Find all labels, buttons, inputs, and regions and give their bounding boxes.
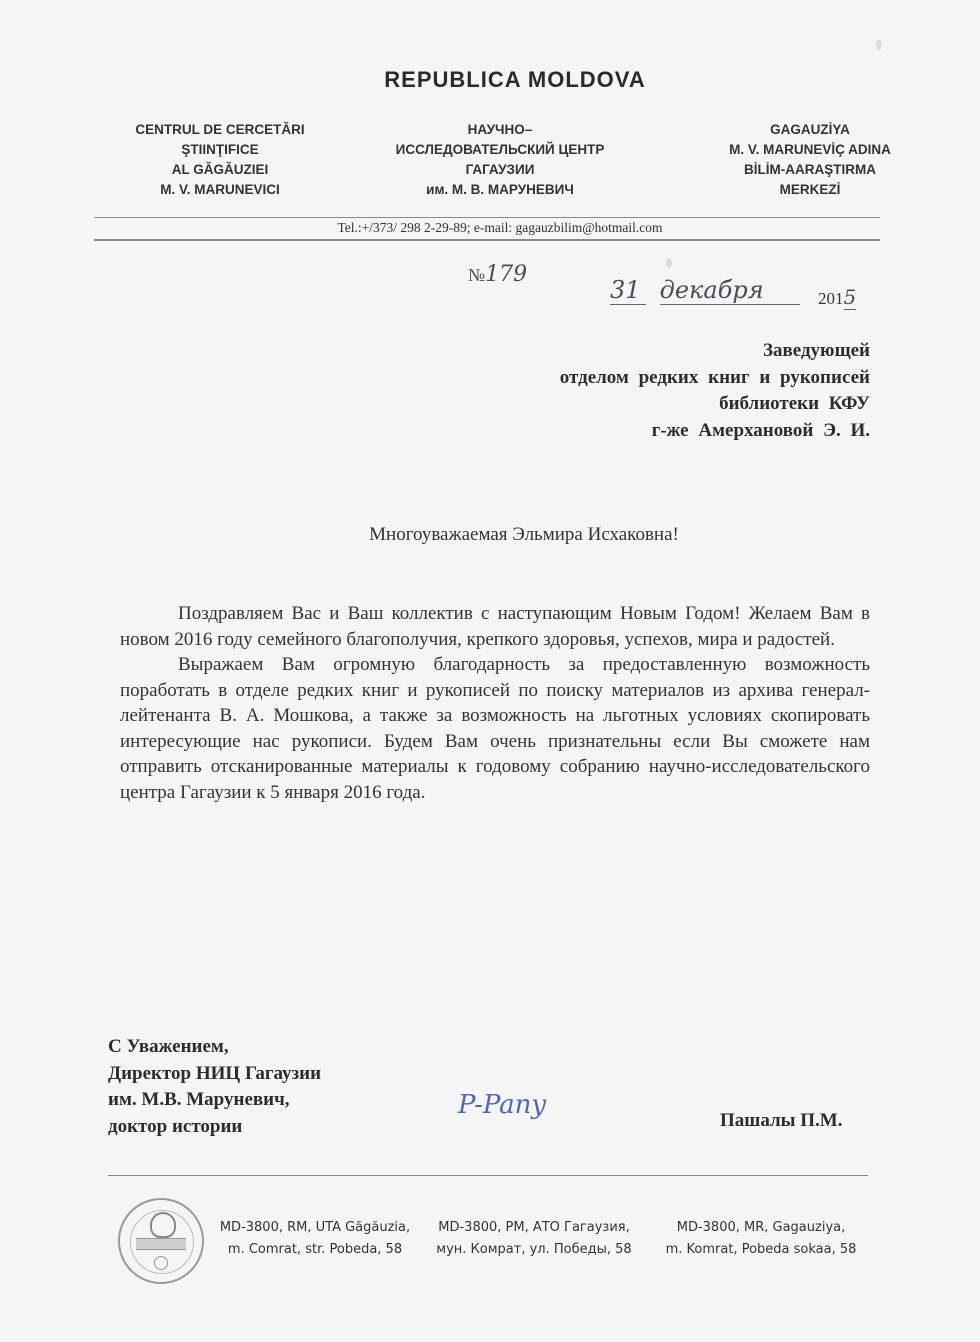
letterhead-column-gagauz: GAGAUZİYA M. V. MARUNEVİÇ ADINA BİLİM-AA… [700, 120, 920, 200]
letterhead-line: GAGAUZİYA [700, 120, 920, 140]
footer-rule [108, 1175, 868, 1176]
date-year: 2015 [818, 285, 856, 310]
seal-band [136, 1238, 186, 1250]
addressee-line: Заведующей [560, 338, 870, 365]
letterhead-line: CENTRUL DE CERCETĂRI [120, 120, 320, 140]
addressee-line: библиотеки КФУ [560, 391, 870, 418]
footer-line: m. Komrat, Pobeda sokaa, 58 [650, 1239, 872, 1261]
scan-speck [666, 258, 672, 268]
seal-small-emblem-icon [154, 1256, 168, 1270]
closing-line: Директор НИЦ Гагаузии [108, 1061, 321, 1088]
letterhead-line: ГАГАУЗИИ [380, 160, 620, 180]
addressee-line: отделом редких книг и рукописей [560, 365, 870, 392]
footer-address-russian: MD-3800, РМ, АТО Гагаузия, мун. Комрат, … [424, 1217, 644, 1261]
footer-address-gagauz: MD-3800, MR, Gagauziya, m. Komrat, Pobed… [650, 1217, 872, 1261]
letter-date: 31 декабря [610, 276, 800, 305]
scan-speck [876, 40, 882, 50]
closing-line: им. М.В. Маруневич, [108, 1087, 321, 1114]
letterhead-line: им. М. В. МАРУНЕВИЧ [380, 180, 620, 200]
date-year-handwritten: 5 [844, 285, 857, 310]
letterhead-line: M. V. MARUNEVICI [120, 180, 320, 200]
footer-line: мун. Комрат, ул. Победы, 58 [424, 1239, 644, 1261]
footer-line: MD-3800, РМ, АТО Гагаузия, [424, 1217, 644, 1239]
addressee-line: г-же Амерхановой Э. И. [560, 418, 870, 445]
letterhead-contact: Tel.:+/373/ 298 2-29-89; e-mail: gagauzb… [120, 220, 880, 236]
footer-line: MD-3800, MR, Gagauziya, [650, 1217, 872, 1239]
letterhead-bottom-rule [94, 239, 880, 241]
handwritten-signature: P-Pany [458, 1090, 546, 1120]
date-day: 31 [610, 276, 646, 305]
signatory-name: Пашалы П.М. [720, 1110, 842, 1132]
footer-line: m. Comrat, str. Pobeda, 58 [210, 1239, 420, 1261]
footer-line: MD-3800, RM, UTA Găgăuzia, [210, 1217, 420, 1239]
salutation: Многоуважаемая Эльмира Исхаковна! [0, 524, 980, 546]
reference-number: №179 [468, 262, 527, 287]
date-year-printed: 201 [818, 289, 844, 308]
addressee-block: Заведующей отделом редких книг и рукопис… [560, 338, 870, 444]
letterhead-line: M. V. MARUNEVİÇ ADINA [700, 140, 920, 160]
closing-block: С Уважением, Директор НИЦ Гагаузии им. М… [108, 1034, 321, 1140]
footer-address-romanian: MD-3800, RM, UTA Găgăuzia, m. Comrat, st… [210, 1217, 420, 1261]
institution-seal-icon [118, 1198, 204, 1284]
letterhead-country: REPUBLICA MOLDOVA [0, 67, 980, 93]
letterhead-column-romanian: CENTRUL DE CERCETĂRI ŞTIINŢIFICE AL GĂGĂ… [120, 120, 320, 200]
body-paragraph: Поздравляем Вас и Ваш коллектив с наступ… [120, 601, 870, 652]
number-sign: № [468, 265, 485, 285]
date-month: декабря [660, 276, 800, 305]
letterhead-line: AL GĂGĂUZIEI [120, 160, 320, 180]
letterhead-top-rule [94, 217, 880, 218]
reference-number-value: 179 [485, 262, 527, 287]
body-paragraph: Выражаем Вам огромную благодарность за п… [120, 652, 870, 805]
seal-emblem-icon [150, 1212, 176, 1238]
letterhead-line: BİLİM-AARAŞTIRMA [700, 160, 920, 180]
letterhead-line: ŞTIINŢIFICE [120, 140, 320, 160]
letterhead-line: ИССЛЕДОВАТЕЛЬСКИЙ ЦЕНТР [380, 140, 620, 160]
letterhead-column-russian: НАУЧНО– ИССЛЕДОВАТЕЛЬСКИЙ ЦЕНТР ГАГАУЗИИ… [380, 120, 620, 200]
closing-line: С Уважением, [108, 1034, 321, 1061]
letterhead-line: MERKEZİ [700, 180, 920, 200]
closing-line: доктор истории [108, 1114, 321, 1141]
letter-body: Поздравляем Вас и Ваш коллектив с наступ… [120, 601, 870, 805]
letterhead-line: НАУЧНО– [380, 120, 620, 140]
